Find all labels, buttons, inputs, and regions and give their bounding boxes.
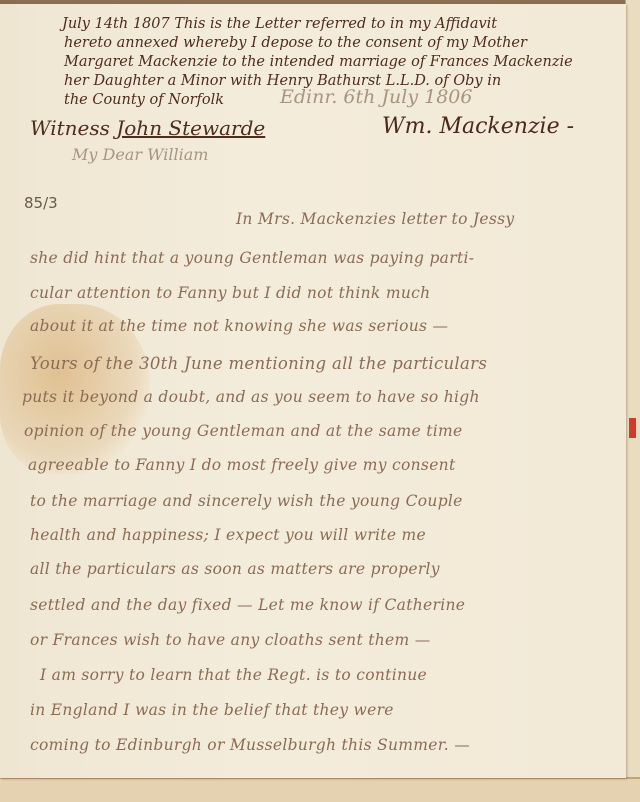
letter-line-6: puts it beyond a doubt, and as you seem … (22, 388, 480, 406)
underlying-page-bottom (0, 777, 640, 802)
affidavit-line-2: hereto annexed whereby I depose to the c… (64, 35, 527, 51)
red-seal-mark (629, 418, 636, 438)
letter-line-3: cular attention to Fanny but I did not t… (30, 284, 430, 302)
letter-line-7: opinion of the young Gentleman and at th… (24, 422, 462, 440)
affidavit-line-1: July 14th 1807 This is the Letter referr… (62, 16, 497, 32)
letter-line-16: coming to Edinburgh or Musselburgh this … (30, 736, 470, 754)
letter-line-13: or Frances wish to have any cloaths sent… (30, 631, 431, 649)
letter-dateline: Edinr. 6th July 1806 (280, 86, 472, 108)
letter-line-9: to the marriage and sincerely wish the y… (30, 492, 463, 510)
letter-line-2: she did hint that a young Gentleman was … (30, 249, 474, 267)
manuscript-page: July 14th 1807 This is the Letter referr… (0, 4, 626, 778)
letter-line-11: all the particulars as soon as matters a… (30, 560, 440, 578)
affidavit-line-3: Margaret Mackenzie to the intended marri… (64, 54, 573, 70)
affidavit-line-5: the County of Norfolk (64, 92, 224, 108)
letter-line-14: I am sorry to learn that the Regt. is to… (40, 666, 427, 684)
letter-line-8: agreeable to Fanny I do most freely give… (28, 456, 455, 474)
signature: Wm. Mackenzie - (382, 114, 574, 139)
letter-line-10: health and happiness; I expect you will … (30, 526, 426, 544)
letter-line-1: In Mrs. Mackenzies letter to Jessy (236, 210, 514, 228)
letter-line-15: in England I was in the belief that they… (30, 701, 394, 719)
witness-line: Witness John Stewarde (30, 116, 265, 140)
letter-line-4: about it at the time not knowing she was… (30, 317, 448, 335)
witness-label: Witness (30, 116, 110, 140)
salutation: My Dear William (72, 145, 208, 164)
archive-reference-number: 85/3 (24, 194, 58, 212)
letter-line-12: settled and the day fixed — Let me know … (30, 596, 465, 614)
underlying-page-right (625, 0, 640, 790)
witness-name: John Stewarde (116, 116, 265, 140)
letter-line-5: Yours of the 30th June mentioning all th… (30, 354, 487, 373)
